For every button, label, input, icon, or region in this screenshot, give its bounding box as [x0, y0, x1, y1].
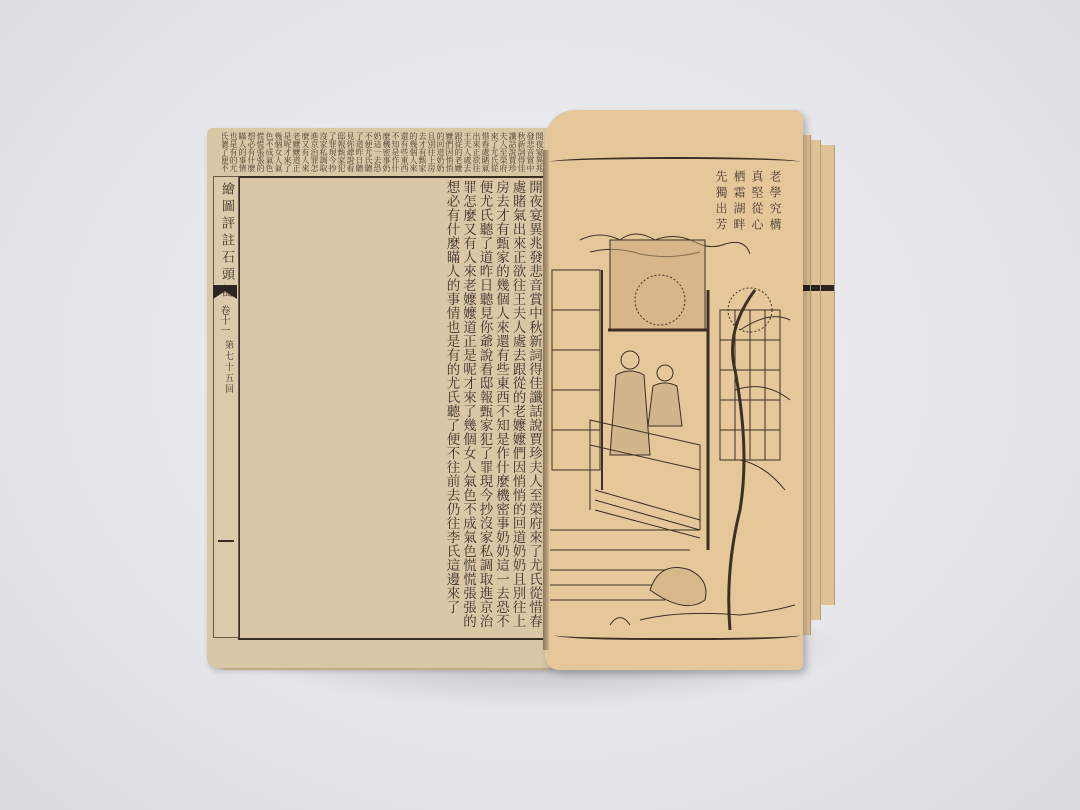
page-stack-edge: [810, 140, 821, 620]
body-text: 開夜宴異兆發悲音賞中秋新詞得佳讖話說賈珍夫人至榮府來了尤氏從惜春處賭氣出來正欲往…: [242, 180, 542, 632]
chapter-label: 第七十五回: [222, 340, 235, 395]
header-commentary: 開夜宴異兆發悲音賞中秋新詞得佳讖話說賈珍夫人至榮府來了尤氏從惜春處賭氣出來正欲往…: [222, 132, 544, 174]
page-marker: [218, 540, 234, 542]
frame-top-line: [550, 157, 800, 167]
woodcut-illustration: [550, 230, 795, 630]
page-stack-edge: [820, 145, 835, 605]
poem-line: 栖霜湖畔: [730, 170, 748, 234]
poem-line: 真堅從心: [748, 170, 766, 234]
volume-label: 卷十一: [216, 305, 231, 335]
poem-line: 老學究構: [766, 170, 784, 234]
book-title: 繪圖評註石頭記: [214, 182, 236, 301]
poem-inscription: 老學究構 真堅從心 栖霜湖畔 先獨出芳: [712, 170, 784, 234]
poem-line: 先獨出芳: [712, 170, 730, 234]
book-gutter: [543, 150, 549, 650]
